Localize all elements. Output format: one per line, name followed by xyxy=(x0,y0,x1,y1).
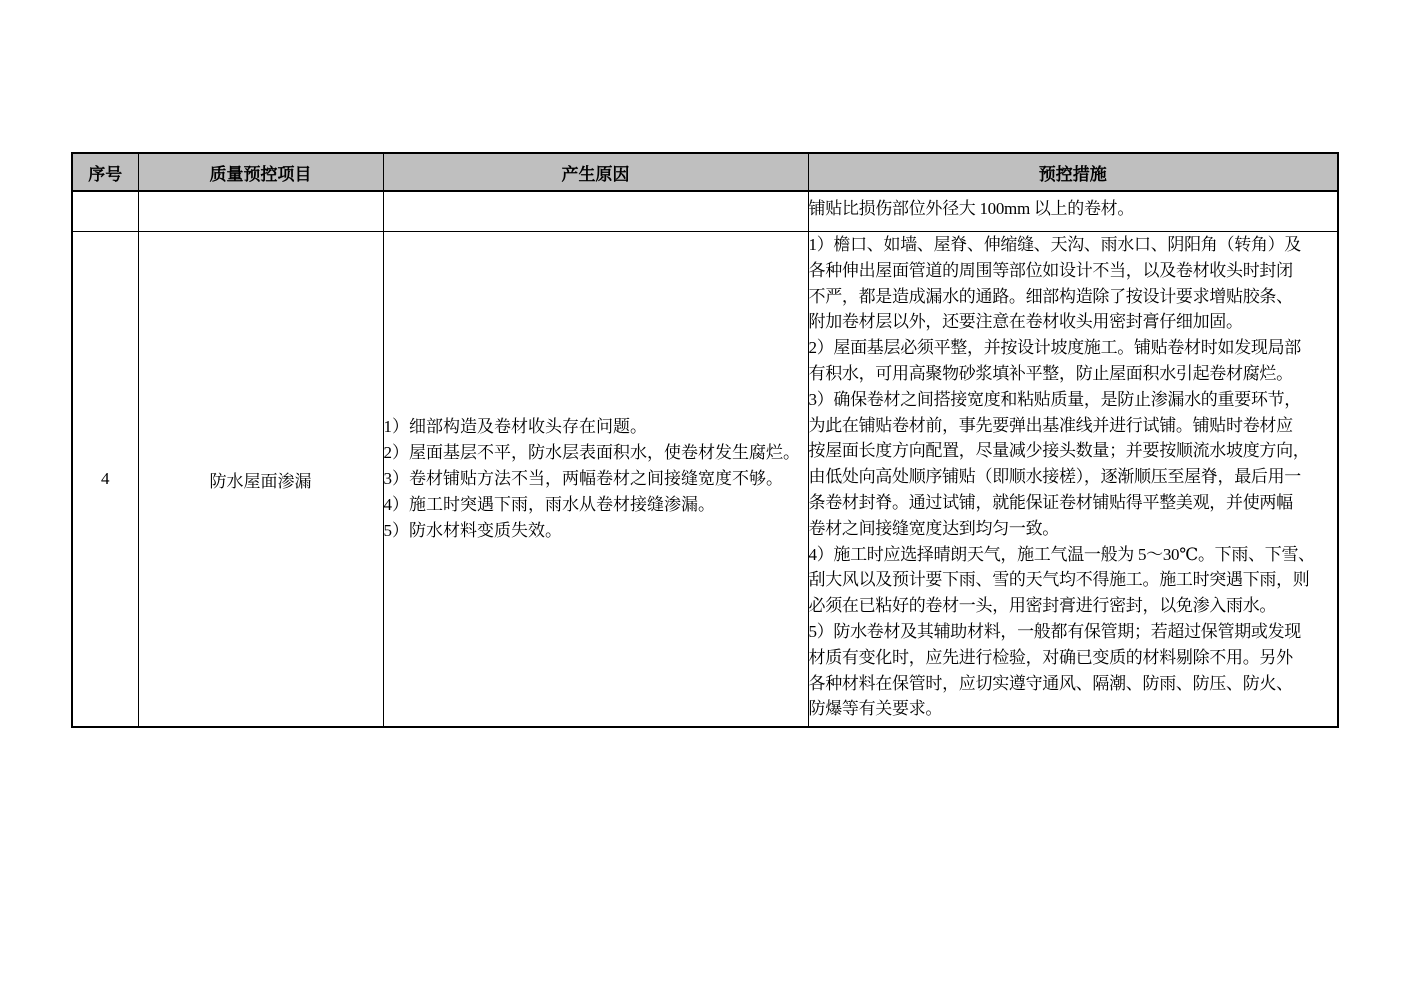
text-line: 4）施工时突遇下雨，雨水从卷材接缝渗漏。 xyxy=(384,492,808,518)
quality-control-table: 序号 质量预控项目 产生原因 预控措施 铺贴比损伤部位外径大 100mm 以上的… xyxy=(71,152,1339,728)
text-line: 2）屋面基层必须平整，并按设计坡度施工。铺贴卷材时如发现局部 xyxy=(809,335,1338,361)
text-line: 材质有变化时，应先进行检验，对确已变质的材料剔除不用。另外 xyxy=(809,645,1338,671)
continuation-item-cell-empty xyxy=(138,191,383,232)
text-line: 有积水，可用高聚物砂浆填补平整，防止屋面积水引起卷材腐烂。 xyxy=(809,361,1338,387)
table-row-4: 4 防水屋面渗漏 1）细部构造及卷材收头存在问题。2）屋面基层不平，防水层表面积… xyxy=(72,232,1338,728)
text-line: 防爆等有关要求。 xyxy=(809,696,1338,722)
text-line: 3）确保卷材之间搭接宽度和粘贴质量，是防止渗漏水的重要环节， xyxy=(809,387,1338,413)
quality-item-cell: 防水屋面渗漏 xyxy=(138,232,383,728)
text-line: 5）防水卷材及其辅助材料，一般都有保管期；若超过保管期或发现 xyxy=(809,619,1338,645)
continuation-measures-cell: 铺贴比损伤部位外径大 100mm 以上的卷材。 xyxy=(808,191,1338,232)
text-line: 附加卷材层以外，还要注意在卷材收头用密封膏仔细加固。 xyxy=(809,309,1338,335)
text-line: 按屋面长度方向配置，尽量减少接头数量；并要按顺流水坡度方向， xyxy=(809,438,1338,464)
table-header-row: 序号 质量预控项目 产生原因 预控措施 xyxy=(72,153,1338,191)
text-line: 1）檐口、如墙、屋脊、伸缩缝、天沟、雨水口、阴阳角（转角）及 xyxy=(809,232,1338,258)
text-line: 卷材之间接缝宽度达到均匀一致。 xyxy=(809,516,1338,542)
text-line: 为此在铺贴卷材前，事先要弹出基准线并进行试铺。铺贴时卷材应 xyxy=(809,413,1338,439)
header-quality-control-item: 质量预控项目 xyxy=(138,153,383,191)
text-line: 5）防水材料变质失效。 xyxy=(384,518,808,544)
continuation-row: 铺贴比损伤部位外径大 100mm 以上的卷材。 xyxy=(72,191,1338,232)
document-page: 序号 质量预控项目 产生原因 预控措施 铺贴比损伤部位外径大 100mm 以上的… xyxy=(0,0,1403,992)
text-line: 4）施工时应选择晴朗天气，施工气温一般为 5～30℃。下雨、下雪、 xyxy=(809,542,1338,568)
text-line: 3）卷材铺贴方法不当，两幅卷材之间接缝宽度不够。 xyxy=(384,466,808,492)
text-line: 1）细部构造及卷材收头存在问题。 xyxy=(384,414,808,440)
measures-cell: 1）檐口、如墙、屋脊、伸缩缝、天沟、雨水口、阴阳角（转角）及各种伸出屋面管道的周… xyxy=(808,232,1338,728)
serial-number-cell: 4 xyxy=(72,232,138,728)
text-line: 2）屋面基层不平，防水层表面积水，使卷材发生腐烂。 xyxy=(384,440,808,466)
text-line: 必须在已粘好的卷材一头，用密封膏进行密封，以免渗入雨水。 xyxy=(809,593,1338,619)
continuation-serial-cell-empty xyxy=(72,191,138,232)
continuation-measure-text: 铺贴比损伤部位外径大 100mm 以上的卷材。 xyxy=(809,192,1338,221)
causes-cell: 1）细部构造及卷材收头存在问题。2）屋面基层不平，防水层表面积水，使卷材发生腐烂… xyxy=(383,232,808,728)
continuation-cause-cell-empty xyxy=(383,191,808,232)
header-cause: 产生原因 xyxy=(383,153,808,191)
header-serial-number: 序号 xyxy=(72,153,138,191)
text-line: 各种伸出屋面管道的周围等部位如设计不当，以及卷材收头时封闭 xyxy=(809,258,1338,284)
text-line: 不严，都是造成漏水的通路。细部构造除了按设计要求增贴胶条、 xyxy=(809,284,1338,310)
text-line: 条卷材封脊。通过试铺，就能保证卷材铺贴得平整美观，并使两幅 xyxy=(809,490,1338,516)
text-line: 各种材料在保管时，应切实遵守通风、隔潮、防雨、防压、防火、 xyxy=(809,671,1338,697)
header-control-measures: 预控措施 xyxy=(808,153,1338,191)
text-line: 刮大风以及预计要下雨、雪的天气均不得施工。施工时突遇下雨，则 xyxy=(809,567,1338,593)
text-line: 由低处向高处顺序铺贴（即顺水接槎），逐渐顺压至屋脊，最后用一 xyxy=(809,464,1338,490)
